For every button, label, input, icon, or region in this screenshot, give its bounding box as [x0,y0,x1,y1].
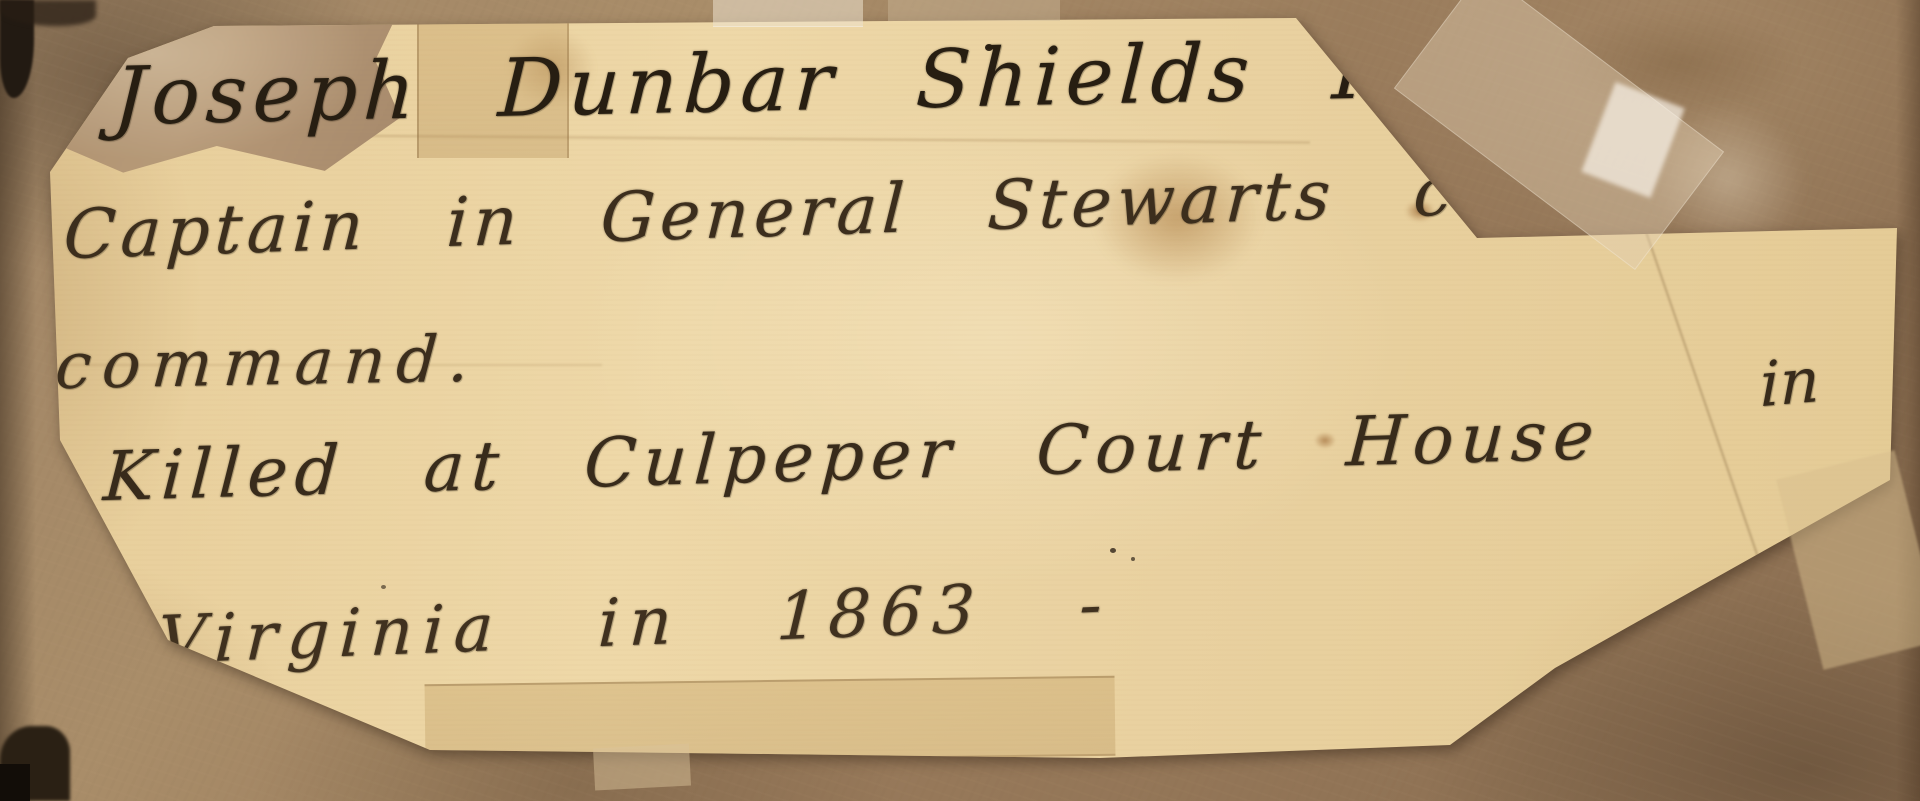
handwritten-line-command: command. [53,323,483,405]
tape-strip-bottom [425,676,1116,764]
tape-fragment-top-center-1 [713,0,863,27]
ink-fleck [1110,548,1116,553]
tape-fragment-top-center-2 [888,0,1060,21]
ink-fleck [1131,557,1135,561]
ink-fleck [381,585,386,589]
dark-corner-bottom-left-deep [0,764,30,801]
photo-canvas: Joseph Dunbar Shields II Captain in Gene… [0,0,1920,801]
handwritten-word-in: in [1760,343,1820,421]
tape-fragment-bottom-center [593,744,691,791]
